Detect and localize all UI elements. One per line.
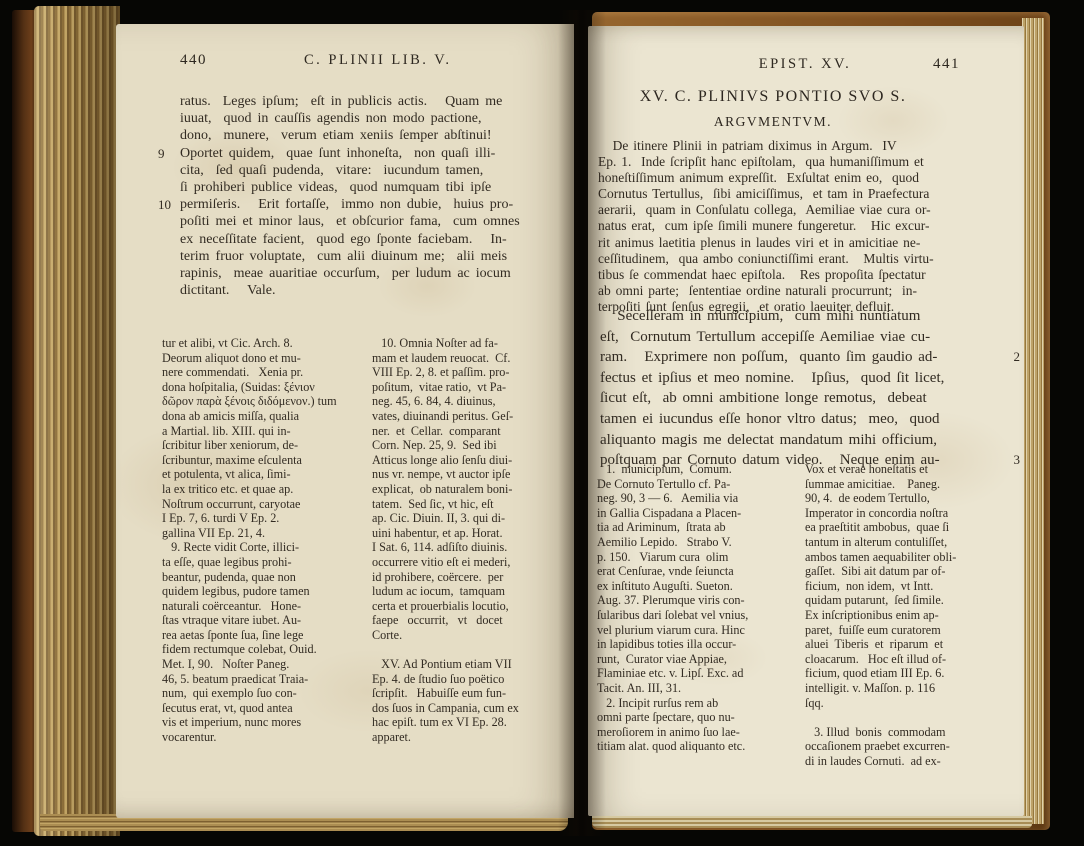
commentary-notes-right-page: 1. municipium, Comum.De Cornuto Tertullo… <box>597 462 1011 768</box>
text-line: Vox et verae honeſtatis et <box>805 462 1003 477</box>
text-line: gallina VII Ep. 21, 4. <box>162 526 360 541</box>
text-line-content: et potulenta, vt alica, ſimi- <box>162 467 291 481</box>
text-line: ab omni parte; ſententiae ordine natural… <box>598 283 1014 299</box>
page-number-left: 440 <box>180 52 207 69</box>
text-line-content: ea praeſtitit ambobus, quae ſi <box>805 520 949 534</box>
text-line-content: VIII Ep. 2, 8. et paſſim. pro- <box>372 365 509 379</box>
text-line-content: aliquanto magis me delectat mandatum mih… <box>600 432 937 448</box>
text-line: ea praeſtitit ambobus, quae ſi <box>805 520 1003 535</box>
text-line-content: honeſtiſſimum animum expreſſit. Exſultat… <box>598 170 919 185</box>
text-line-content: tatem. Sed ſic, vt hic, eſt <box>372 497 494 511</box>
text-line-content: tantum in alterum contuliſſet, <box>805 535 947 549</box>
text-line-content: aerarii, quam in Conſulatu collega, Aemi… <box>598 202 931 217</box>
section-margin-number: 3 <box>1014 450 1021 471</box>
text-line-content: runt, Curator viae Appiae, <box>597 652 727 666</box>
running-header-right: EPIST. XV. 441 <box>602 56 1008 76</box>
text-line-content: a Martial. lib. XIII. qui in- <box>162 424 291 438</box>
notes-column-1: tur et alibi, vt Cic. Arch. 8.Deorum ali… <box>162 336 360 745</box>
text-line-content: ficium, non idem, vt Intt. <box>805 579 933 593</box>
text-line: meroſiorem in animo ſuo lae- <box>597 725 795 740</box>
text-line-content: tur et alibi, vt Cic. Arch. 8. <box>162 336 293 350</box>
text-line: gaſſet. Sibi ait datum par of- <box>805 564 1003 579</box>
text-line: erat Cenſurae, vnde ſeiuncta <box>597 564 795 579</box>
text-line-content: ex inſtituto Auguſti. Sueton. <box>597 579 733 593</box>
text-line-content: ſi prohiberi publice videas, quod numqua… <box>180 180 491 195</box>
text-line: poſiti mei et minor laus, et obſcurior f… <box>180 213 566 230</box>
text-line: Aemilio Lepido. Strabo V. <box>597 535 795 550</box>
text-line-content: nus vr. nempe, vt auctor ipſe <box>372 467 510 481</box>
text-line: dictitant. Vale. <box>180 282 566 299</box>
text-line: ficium, quod etiam III Ep. 6. <box>805 666 1003 681</box>
text-line: ſularibus dari ſolebat vel vnius, <box>597 608 795 623</box>
text-line: dos ſuos in Campania, cum ex <box>372 701 570 716</box>
text-line-content: vel plurium viarum cura. Hinc <box>597 623 745 637</box>
text-line-content: occurrere vitio eſt ei mederi, <box>372 555 510 569</box>
text-line: ambos tamen aequabiliter obli- <box>805 550 1003 565</box>
text-line: beantur, pudenda, quae non <box>162 570 360 585</box>
text-line-content: explicat, ob naturalem boni- <box>372 482 512 496</box>
text-line-content: Oportet quidem, quae ſunt inhoneſta, non… <box>180 146 495 161</box>
text-line: vates, diuinandi peritus. Geſ- <box>372 409 570 424</box>
text-line: 90, 4. de eodem Tertullo, <box>805 491 1003 506</box>
text-line: honeſtiſſimum animum expreſſit. Exſultat… <box>598 170 1014 186</box>
text-line-content <box>372 642 375 656</box>
text-line-content: ram. Exprimere non poſſum, quanto ſim ga… <box>600 349 937 365</box>
text-line-content: ceſſitudinem, qua ambo coniunctiſſimi er… <box>598 251 934 266</box>
text-line: omni parte ſpectare, quo nu- <box>597 710 795 725</box>
text-line-content: iuuat, quod in cauſſis agendis non modo … <box>180 111 482 126</box>
text-line: ratus. Leges ipſum; eſt in publicis acti… <box>180 93 566 110</box>
text-line: 1. municipium, Comum. <box>597 462 795 477</box>
text-line: p. 150. Viarum cura olim <box>597 550 795 565</box>
text-line: 2. Incipit rurſus rem ab <box>597 696 795 711</box>
text-line-content: Seceſſeram in municipium, cum mihi nunti… <box>600 308 920 324</box>
text-line-content: 3. Illud bonis commodam <box>805 725 945 739</box>
notes-column-2: Vox et verae honeſtatis etſummae amiciti… <box>805 462 1003 768</box>
text-line-content: ab omni parte; ſententiae ordine natural… <box>598 283 917 298</box>
text-line: iuuat, quod in cauſſis agendis non modo … <box>180 110 566 127</box>
text-line: paret, fuiſſe eum curatorem <box>805 623 1003 638</box>
text-line-content <box>805 710 808 724</box>
text-line: ſqq. <box>805 696 1003 711</box>
text-line: tibus ſe commendat haec epiſtola. Res pr… <box>598 267 1014 283</box>
section-margin-number: 10 <box>158 196 171 213</box>
text-line-content: terim fruor voluptate, cum alii diuinum … <box>180 249 507 264</box>
text-line-content: eſt, Cornutum Tertullum accepiſſe Aemili… <box>600 329 930 345</box>
text-line: et potulenta, vt alica, ſimi- <box>162 467 360 482</box>
text-line: cloacarum. Hoc eſt illud of- <box>805 652 1003 667</box>
text-line-content: ner. et Cellar. comparant <box>372 424 501 438</box>
text-line: tantum in alterum contuliſſet, <box>805 535 1003 550</box>
text-line: ſecutus erat, vt, quod antea <box>162 701 360 716</box>
text-line: XV. Ad Pontium etiam VII <box>372 657 570 672</box>
text-line: aluei Tiberis et riparum et <box>805 637 1003 652</box>
text-line <box>372 642 570 657</box>
text-line: intelligit. v. Maſſon. p. 116 <box>805 681 1003 696</box>
argumentum-text-block: De itinere Plinii in patriam diximus in … <box>598 138 1014 315</box>
text-line: 46, 5. beatum praedicat Traia- <box>162 672 360 687</box>
page-bottom-edges-right <box>592 816 1032 828</box>
epistle-title: XV. C. PLINIVS PONTIO SVO S. <box>588 88 1024 106</box>
text-line: ap. Cic. Diuin. II, 3. qui di- <box>372 511 570 526</box>
argumentum-heading: ARGVMENTVM. <box>588 114 1024 130</box>
text-line: ram. Exprimere non poſſum, quanto ſim ga… <box>600 347 1000 368</box>
text-line: apparet. <box>372 730 570 745</box>
text-line-content: naturali coërceantur. Hone- <box>162 599 301 613</box>
text-line-content: aluei Tiberis et riparum et <box>805 637 943 651</box>
text-line-content: Aemilio Lepido. Strabo V. <box>597 535 732 549</box>
text-line-content: tia ad Ariminum, ſtrata ab <box>597 520 726 534</box>
page-number-right: 441 <box>933 56 960 73</box>
running-title-right: EPIST. XV. <box>759 56 852 73</box>
section-margin-number: 2 <box>1014 347 1021 368</box>
text-line: Corte. <box>372 628 570 643</box>
text-line: vocarentur. <box>162 730 360 745</box>
text-line-content: cloacarum. Hoc eſt illud of- <box>805 652 946 666</box>
text-line-content: ſcribitur liber xeniorum, de- <box>162 438 298 452</box>
text-line-content: rit animus laetitia plenus in laudes vir… <box>598 235 920 250</box>
text-line-content: dona hoſpitalia, (Suidas: ξένιον <box>162 380 315 394</box>
text-line-content: I Ep. 7, 6. turdi V Ep. 2. <box>162 511 279 525</box>
text-line: dona hoſpitalia, (Suidas: ξένιον <box>162 380 360 395</box>
text-line: tatem. Sed ſic, vt hic, eſt <box>372 497 570 512</box>
text-line: ex inſtituto Auguſti. Sueton. <box>597 579 795 594</box>
text-line-content: 46, 5. beatum praedicat Traia- <box>162 672 308 686</box>
text-line-content: 90, 4. de eodem Tertullo, <box>805 491 930 505</box>
text-line-content: occaſionem praebet excurren- <box>805 739 950 753</box>
text-line: I Sat. 6, 114. adſiſto diuinis. <box>372 540 570 555</box>
text-line-content: Tacit. An. III, 31. <box>597 681 681 695</box>
text-line-content: omni parte ſpectare, quo nu- <box>597 710 735 724</box>
text-line: mam et laudem reuocat. Cf. <box>372 351 570 366</box>
text-line: I Ep. 7, 6. turdi V Ep. 2. <box>162 511 360 526</box>
text-line: ludum ac iocum, tamquam <box>372 584 570 599</box>
text-line-content: vocarentur. <box>162 730 216 744</box>
text-line-content: Cornutus Tertullus, ſibi amiciſſimus, et… <box>598 186 929 201</box>
page-right-441: EPIST. XV. 441 XV. C. PLINIVS PONTIO SVO… <box>588 26 1024 816</box>
page-left-440: 440 C. PLINII LIB. V. ratus. Leges ipſum… <box>116 24 574 818</box>
text-line-content: Aug. 37. Plerumque viris con- <box>597 593 745 607</box>
text-line-content: rea aetas ſponte ſua, ſine lege <box>162 628 303 642</box>
text-line: vel plurium viarum cura. Hinc <box>597 623 795 638</box>
text-line-content: fectus et ipſius et meo nomine. Ipſius, … <box>600 370 944 386</box>
text-line-content: Met. I, 90. Noſter Paneg. <box>162 657 289 671</box>
text-line-content: p. 150. Viarum cura olim <box>597 550 728 564</box>
text-line-content: faepe occurrit, vt docet <box>372 613 503 627</box>
text-line: eſt, Cornutum Tertullum accepiſſe Aemili… <box>600 327 1000 348</box>
text-line-content: ſummae amicitiae. Paneg. <box>805 477 940 491</box>
page-fore-edge-left <box>34 6 120 836</box>
text-line <box>805 710 1003 725</box>
text-line-content: num, qui exemplo ſuo con- <box>162 686 297 700</box>
text-line: in Gallia Cispadana a Placen- <box>597 506 795 521</box>
text-line-content: dono, munere, verum etiam xeniis ſemper … <box>180 128 492 143</box>
text-line-content: in lapidibus toties illa occur- <box>597 637 736 651</box>
text-line-content: dictitant. Vale. <box>180 283 276 298</box>
text-line: vis et imperium, nunc mores <box>162 715 360 730</box>
text-line-content: Ep. 4. de ſtudio ſuo poëtico <box>372 672 504 686</box>
text-line-content: XV. Ad Pontium etiam VII <box>372 657 512 671</box>
text-line: ſummae amicitiae. Paneg. <box>805 477 1003 492</box>
text-line-content: ſqq. <box>805 696 824 710</box>
text-line-content: poſitum, vitae ratio, vt Pa- <box>372 380 506 394</box>
text-line: Aug. 37. Plerumque viris con- <box>597 593 795 608</box>
text-line: runt, Curator viae Appiae, <box>597 652 795 667</box>
text-line-content: ex neceſſitate facient, quod ego ſponte … <box>180 232 507 247</box>
text-line: Imperator in concordia noſtra <box>805 506 1003 521</box>
text-line-content: paret, fuiſſe eum curatorem <box>805 623 941 637</box>
text-line: VIII Ep. 2, 8. et paſſim. pro- <box>372 365 570 380</box>
text-line: aliquanto magis me delectat mandatum mih… <box>600 430 1000 451</box>
text-line-content: ratus. Leges ipſum; eſt in publicis acti… <box>180 94 502 109</box>
text-line-content: Atticus longe alio ſenſu diui- <box>372 453 512 467</box>
text-line: Seceſſeram in municipium, cum mihi nunti… <box>600 306 1000 327</box>
text-line-content: poſiti mei et minor laus, et obſcurior f… <box>180 214 520 229</box>
text-line-content: ficium, quod etiam III Ep. 6. <box>805 666 944 680</box>
text-line: 9. Recte vidit Corte, illici- <box>162 540 360 555</box>
text-line-content: vates, diuinandi peritus. Geſ- <box>372 409 513 423</box>
text-line-content: Corn. Nep. 25, 9. Sed ibi <box>372 438 497 452</box>
text-line-content: I Sat. 6, 114. adſiſto diuinis. <box>372 540 507 554</box>
text-line: ner. et Cellar. comparant <box>372 424 570 439</box>
text-line: occaſionem praebet excurren- <box>805 739 1003 754</box>
text-line: Ep. 4. de ſtudio ſuo poëtico <box>372 672 570 687</box>
text-line-content: la ex tritico etc. et quae ap. <box>162 482 293 496</box>
text-line-content: quidam putarunt, ſed ſimile. <box>805 593 944 607</box>
text-line-content: certa et prouerbialis locutio, <box>372 599 509 613</box>
text-line-content: rapinis, meae auaritiae occurſum, per lu… <box>180 266 511 281</box>
notes-column-2: 10. Omnia Noſter ad fa-mam et laudem reu… <box>372 336 570 745</box>
text-line-content: Vox et verae honeſtatis et <box>805 462 928 476</box>
text-line: la ex tritico etc. et quae ap. <box>162 482 360 497</box>
text-line: Noſtrum occurrunt, caryotae <box>162 497 360 512</box>
text-line: De Cornuto Tertullo cf. Pa- <box>597 477 795 492</box>
text-line-content: di in laudes Cornuti. ad ex- <box>805 754 941 768</box>
text-line: occurrere vitio eſt ei mederi, <box>372 555 570 570</box>
text-line: aerarii, quam in Conſulatu collega, Aemi… <box>598 202 1014 218</box>
text-line: ſcripſit. Habuiſſe eum fun- <box>372 686 570 701</box>
text-line-content: ſularibus dari ſolebat vel vnius, <box>597 608 748 622</box>
text-line-content: fidem rectumque colebat, Ouid. <box>162 642 317 656</box>
text-line: a Martial. lib. XIII. qui in- <box>162 424 360 439</box>
text-line: fectus et ipſius et meo nomine. Ipſius, … <box>600 368 1000 389</box>
text-line: ta eſſe, quae legibus prohi- <box>162 555 360 570</box>
notes-column-1: 1. municipium, Comum.De Cornuto Tertullo… <box>597 462 795 768</box>
text-line-content: 10. Omnia Noſter ad fa- <box>372 336 498 350</box>
text-line-content: Noſtrum occurrunt, caryotae <box>162 497 300 511</box>
text-line: Ep. 1. Inde ſcripſit hanc epiſtolam, qua… <box>598 154 1014 170</box>
text-line: quidam putarunt, ſed ſimile. <box>805 593 1003 608</box>
text-line: di in laudes Cornuti. ad ex- <box>805 754 1003 769</box>
text-line: certa et prouerbialis locutio, <box>372 599 570 614</box>
text-line: Oportet quidem, quae ſunt inhoneſta, non… <box>180 145 566 162</box>
text-line-content: natus erat, cum ipſe ſimili munere funge… <box>598 218 930 233</box>
text-line: dono, munere, verum etiam xeniis ſemper … <box>180 127 566 144</box>
text-line: in lapidibus toties illa occur- <box>597 637 795 652</box>
text-line: quidem legibus, pudore tamen <box>162 584 360 599</box>
book-photo: 440 C. PLINII LIB. V. ratus. Leges ipſum… <box>0 0 1084 846</box>
text-line-content: id prohibere, coërcere. per <box>372 570 503 584</box>
text-line-content: 1. municipium, Comum. <box>597 462 732 476</box>
text-line: permiſeris. Erit fortaſſe, immo non dubi… <box>180 196 566 213</box>
page-fore-edge-right <box>1022 18 1044 824</box>
text-line-content: nere commendati. Xenia pr. <box>162 365 303 379</box>
text-line-content: Corte. <box>372 628 402 642</box>
text-line: 10. Omnia Noſter ad fa- <box>372 336 570 351</box>
text-line: Cornutus Tertullus, ſibi amiciſſimus, et… <box>598 186 1014 202</box>
text-line-content: gallina VII Ep. 21, 4. <box>162 526 265 540</box>
text-line-content: ſcribuntur, maxime eſculenta <box>162 453 302 467</box>
text-line-content: titiam alat. quod aliquanto etc. <box>597 739 745 753</box>
text-line-content: uini habentur, et ap. Horat. <box>372 526 503 540</box>
text-line: fidem rectumque colebat, Ouid. <box>162 642 360 657</box>
text-line: Atticus longe alio ſenſu diui- <box>372 453 570 468</box>
text-line: δῶρον παρὰ ξένοις διδόμενον.) tum <box>162 394 360 409</box>
text-line: nus vr. nempe, vt auctor ipſe <box>372 467 570 482</box>
text-line: rit animus laetitia plenus in laudes vir… <box>598 235 1014 251</box>
text-line: Tacit. An. III, 31. <box>597 681 795 696</box>
epistle-text-block: ratus. Leges ipſum; eſt in publicis acti… <box>180 93 566 299</box>
text-line: ſcribuntur, maxime eſculenta <box>162 453 360 468</box>
text-line: neg. 45, 6. 84, 4. diuinus, <box>372 394 570 409</box>
text-line-content: ſtas vtraque vitare iubet. Au- <box>162 613 301 627</box>
text-line: uini habentur, et ap. Horat. <box>372 526 570 541</box>
text-line-content: in Gallia Cispadana a Placen- <box>597 506 741 520</box>
text-line: cita, ſed quaſi pudenda, vitare: iucundu… <box>180 162 566 179</box>
text-line-content: neg. 90, 3 — 6. Aemilia via <box>597 491 738 505</box>
text-line: ceſſitudinem, qua ambo coniunctiſſimi er… <box>598 251 1014 267</box>
text-line: De itinere Plinii in patriam diximus in … <box>598 138 1014 154</box>
text-line-content: meroſiorem in animo ſuo lae- <box>597 725 740 739</box>
text-line-content: ludum ac iocum, tamquam <box>372 584 505 598</box>
text-line-content: permiſeris. Erit fortaſſe, immo non dubi… <box>180 197 513 212</box>
text-line: tur et alibi, vt Cic. Arch. 8. <box>162 336 360 351</box>
text-line: tia ad Ariminum, ſtrata ab <box>597 520 795 535</box>
text-line: natus erat, cum ipſe ſimili munere funge… <box>598 218 1014 234</box>
text-line: num, qui exemplo ſuo con- <box>162 686 360 701</box>
letter-text-block: Seceſſeram in municipium, cum mihi nunti… <box>600 306 1000 471</box>
text-line-content: 9. Recte vidit Corte, illici- <box>162 540 299 554</box>
text-line: rea aetas ſponte ſua, ſine lege <box>162 628 360 643</box>
text-line-content: De itinere Plinii in patriam diximus in … <box>598 138 897 153</box>
text-line: poſitum, vitae ratio, vt Pa- <box>372 380 570 395</box>
text-line-content: ſcripſit. Habuiſſe eum fun- <box>372 686 506 700</box>
text-line-content: mam et laudem reuocat. Cf. <box>372 351 510 365</box>
text-line-content: neg. 45, 6. 84, 4. diuinus, <box>372 394 496 408</box>
text-line: Ex inſcriptionibus enim ap- <box>805 608 1003 623</box>
text-line: ſtas vtraque vitare iubet. Au- <box>162 613 360 628</box>
text-line-content: ſicut eſt, ab omni ambitione longe remot… <box>600 390 927 406</box>
text-line-content: ta eſſe, quae legibus prohi- <box>162 555 292 569</box>
text-line: Corn. Nep. 25, 9. Sed ibi <box>372 438 570 453</box>
text-line: explicat, ob naturalem boni- <box>372 482 570 497</box>
running-header-left: 440 C. PLINII LIB. V. <box>180 52 564 72</box>
text-line: titiam alat. quod aliquanto etc. <box>597 739 795 754</box>
text-line-content: intelligit. v. Maſſon. p. 116 <box>805 681 935 695</box>
text-line-content: tibus ſe commendat haec epiſtola. Res pr… <box>598 267 926 282</box>
text-line-content: ap. Cic. Diuin. II, 3. qui di- <box>372 511 505 525</box>
section-margin-number: 9 <box>158 145 165 162</box>
commentary-notes-left-page: tur et alibi, vt Cic. Arch. 8.Deorum ali… <box>162 336 570 745</box>
text-line-content: ambos tamen aequabiliter obli- <box>805 550 956 564</box>
text-line-content: De Cornuto Tertullo cf. Pa- <box>597 477 730 491</box>
text-line-content: erat Cenſurae, vnde ſeiuncta <box>597 564 734 578</box>
text-line: Deorum aliquot dono et mu- <box>162 351 360 366</box>
text-line: naturali coërceantur. Hone- <box>162 599 360 614</box>
text-line: terim fruor voluptate, cum alii diuinum … <box>180 248 566 265</box>
text-line: ſcribitur liber xeniorum, de- <box>162 438 360 453</box>
text-line-content: gaſſet. Sibi ait datum par of- <box>805 564 945 578</box>
text-line-content: 2. Incipit rurſus rem ab <box>597 696 718 710</box>
text-line-content: Flaminiae etc. v. Lipſ. Exc. ad <box>597 666 743 680</box>
text-line-content: ſecutus erat, vt, quod antea <box>162 701 293 715</box>
text-line: ſicut eſt, ab omni ambitione longe remot… <box>600 388 1000 409</box>
text-line-content: Imperator in concordia noſtra <box>805 506 948 520</box>
text-line-content: beantur, pudenda, quae non <box>162 570 296 584</box>
text-line: neg. 90, 3 — 6. Aemilia via <box>597 491 795 506</box>
text-line-content: Ex inſcriptionibus enim ap- <box>805 608 939 622</box>
text-line-content: apparet. <box>372 730 411 744</box>
text-line-content: dos ſuos in Campania, cum ex <box>372 701 519 715</box>
text-line: Met. I, 90. Noſter Paneg. <box>162 657 360 672</box>
running-title-left: C. PLINII LIB. V. <box>304 52 452 69</box>
text-line: ex neceſſitate facient, quod ego ſponte … <box>180 231 566 248</box>
text-line: 3. Illud bonis commodam <box>805 725 1003 740</box>
text-line-content: cita, ſed quaſi pudenda, vitare: iucundu… <box>180 163 483 178</box>
text-line-content: quidem legibus, pudore tamen <box>162 584 310 598</box>
text-line-content: Ep. 1. Inde ſcripſit hanc epiſtolam, qua… <box>598 154 924 169</box>
text-line-content: Deorum aliquot dono et mu- <box>162 351 301 365</box>
text-line-content: dona ab amicis miſſa, qualia <box>162 409 299 423</box>
text-line-content: tamen ei iucundus eſſe honor vltro datus… <box>600 411 940 427</box>
text-line: tamen ei iucundus eſſe honor vltro datus… <box>600 409 1000 430</box>
text-line: Flaminiae etc. v. Lipſ. Exc. ad <box>597 666 795 681</box>
text-line: rapinis, meae auaritiae occurſum, per lu… <box>180 265 566 282</box>
text-line: hac epiſt. tum ex VI Ep. 28. <box>372 715 570 730</box>
text-line-content: δῶρον παρὰ ξένοις διδόμενον.) tum <box>162 394 337 408</box>
text-line: id prohibere, coërcere. per <box>372 570 570 585</box>
text-line: dona ab amicis miſſa, qualia <box>162 409 360 424</box>
text-line: faepe occurrit, vt docet <box>372 613 570 628</box>
text-line: nere commendati. Xenia pr. <box>162 365 360 380</box>
text-line-content: hac epiſt. tum ex VI Ep. 28. <box>372 715 507 729</box>
text-line: ficium, non idem, vt Intt. <box>805 579 1003 594</box>
text-line: ſi prohiberi publice videas, quod numqua… <box>180 179 566 196</box>
text-line-content: vis et imperium, nunc mores <box>162 715 301 729</box>
